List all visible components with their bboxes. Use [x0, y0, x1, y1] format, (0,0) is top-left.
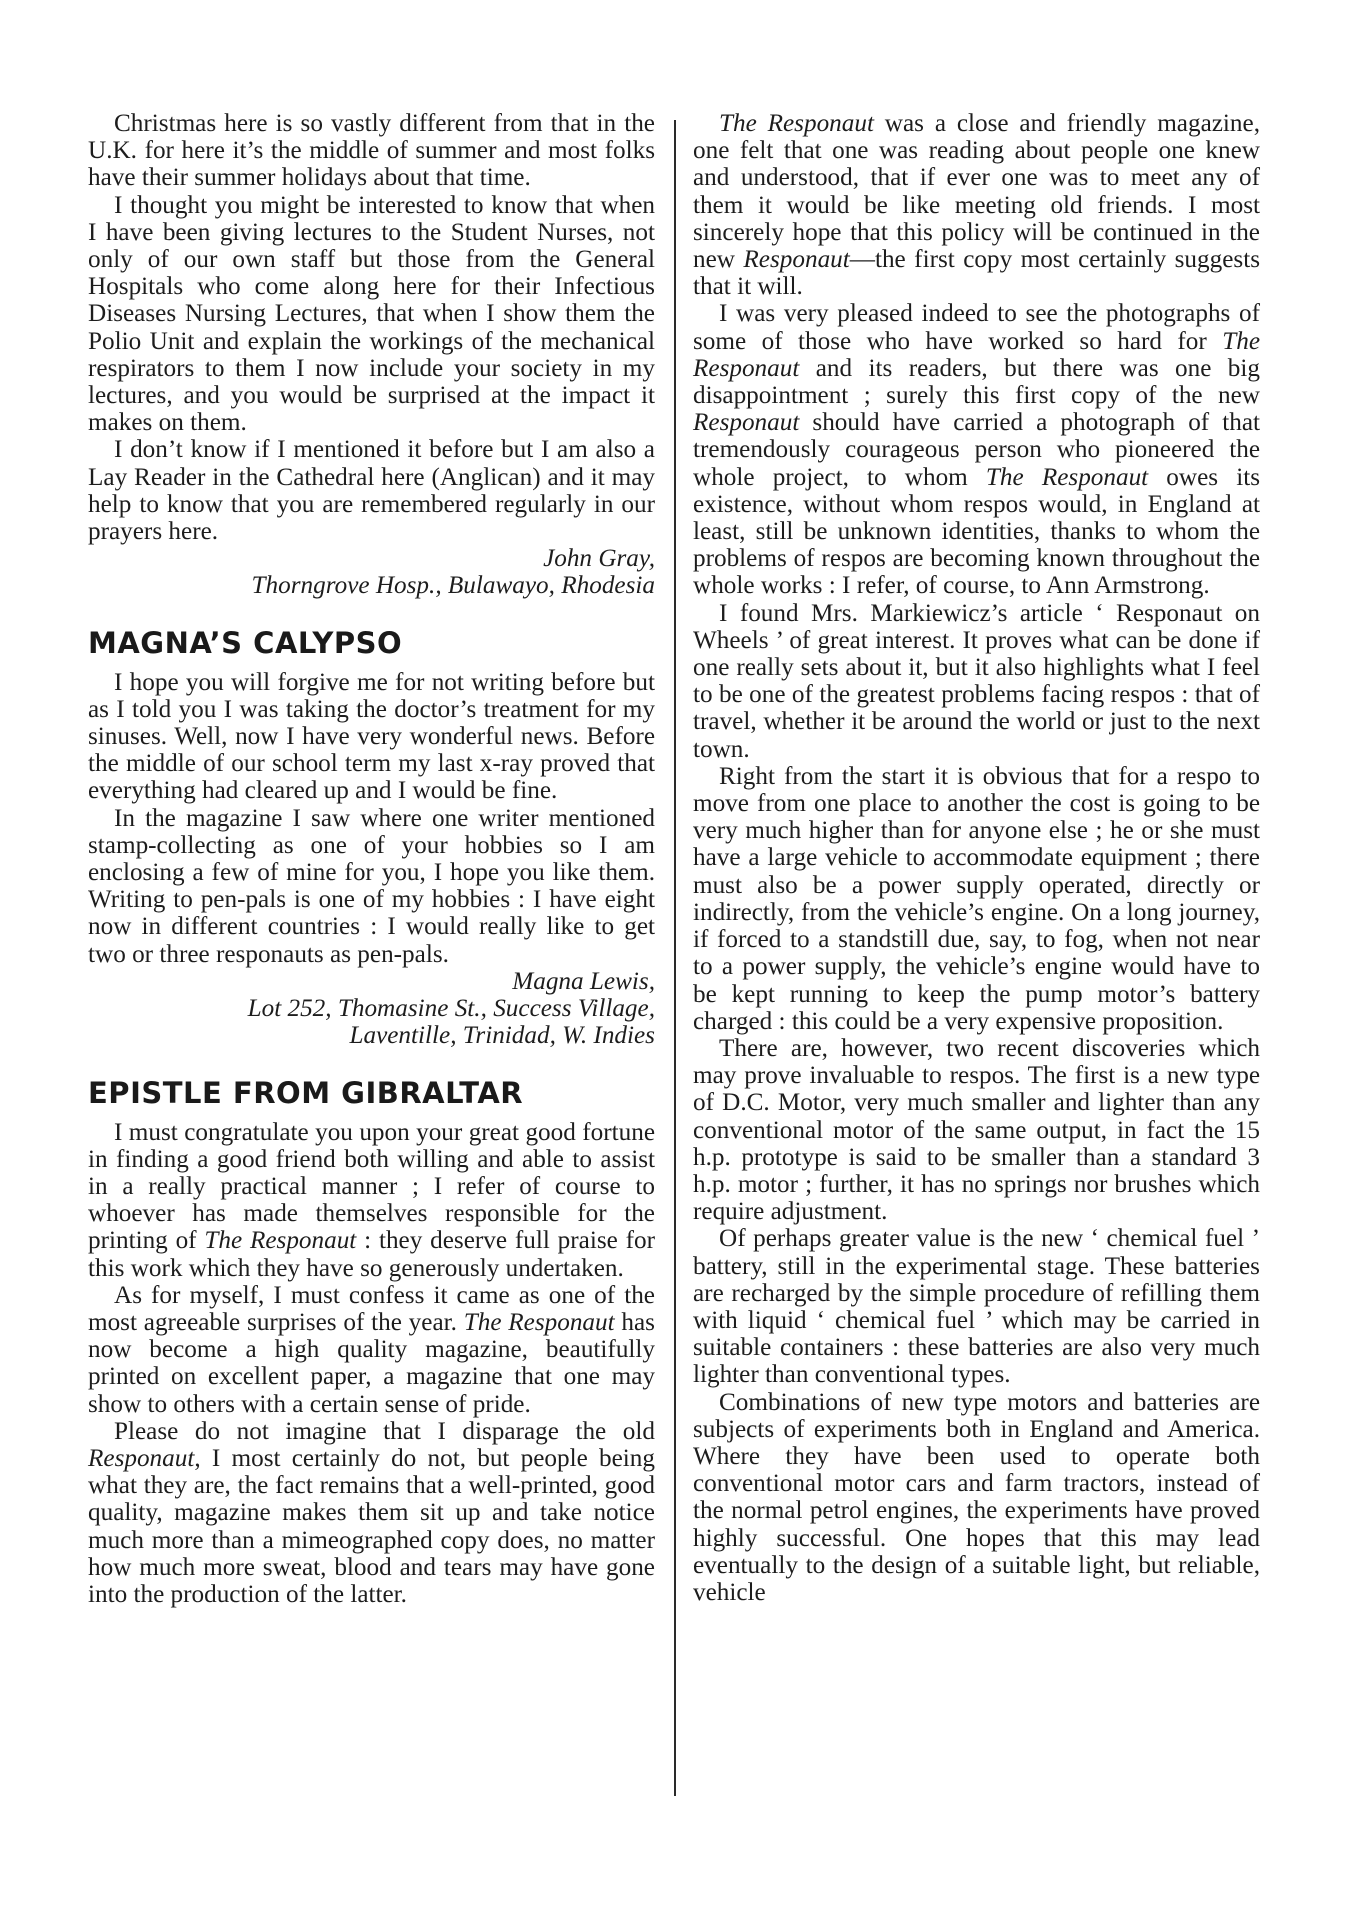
paragraph: There are, however, two recent discoveri…: [693, 1035, 1260, 1225]
paragraph: I must congratulate you upon your great …: [88, 1119, 655, 1282]
paragraph: In the magazine I saw where one writer m…: [88, 805, 655, 968]
paragraph: I found Mrs. Markiewicz’s article ‘ Resp…: [693, 600, 1260, 763]
magazine-page: Christmas here is so vastly different fr…: [0, 0, 1348, 1920]
paragraph: Of perhaps greater value is the new ‘ ch…: [693, 1225, 1260, 1388]
publication-title: The Responaut: [986, 464, 1148, 491]
signature-block: John Gray, Thorngrove Hosp., Bulawayo, R…: [88, 545, 655, 599]
publication-title: Responaut: [743, 246, 849, 273]
paragraph: Right from the start it is obvious that …: [693, 763, 1260, 1035]
section-heading: MAGNA’S CALYPSO: [88, 627, 655, 659]
paragraph: Please do not imagine that I disparage t…: [88, 1418, 655, 1608]
section-magnas-calypso: MAGNA’S CALYPSO I hope you will forgive …: [88, 627, 655, 1050]
paragraph: Christmas here is so vastly different fr…: [88, 110, 655, 192]
paragraph: I hope you will forgive me for not writi…: [88, 669, 655, 805]
paragraph: Combinations of new type motors and bat­…: [693, 1389, 1260, 1607]
signature-block: Magna Lewis, Lot 252, Thomasine St., Suc…: [88, 968, 655, 1050]
letter-john-gray: Christmas here is so vastly different fr…: [88, 110, 655, 600]
publication-title: Responaut: [88, 1445, 194, 1472]
publication-title: Responaut: [693, 409, 799, 436]
paragraph: As for myself, I must confess it came as…: [88, 1282, 655, 1418]
paragraph: I don’t know if I mentioned it before bu…: [88, 436, 655, 545]
paragraph: I was very pleased indeed to see the pho…: [693, 300, 1260, 599]
right-column: The Responaut was a close and friendly m…: [693, 110, 1260, 1606]
paragraph: The Responaut was a close and friendly m…: [693, 110, 1260, 300]
paragraph: I thought you might be interested to kno…: [88, 192, 655, 437]
signature-address: Thorngrove Hosp., Bulawayo, Rhodesia: [88, 572, 655, 599]
left-column: Christmas here is so vastly different fr…: [88, 110, 655, 1608]
signature-address-line1: Lot 252, Thomasine St., Success Village,: [88, 995, 655, 1022]
text-run: I was very pleased indeed to see the pho…: [693, 300, 1260, 354]
publication-title: The Responaut: [464, 1309, 615, 1336]
signature-address-line2: Laventille, Trinidad, W. Indies: [88, 1022, 655, 1049]
signature-name: Magna Lewis,: [88, 968, 655, 995]
publication-title: The Responaut: [204, 1227, 356, 1254]
publication-title: The Responaut: [719, 110, 874, 137]
signature-name: John Gray,: [88, 545, 655, 572]
section-heading: EPISTLE FROM GIBRALTAR: [88, 1077, 655, 1109]
column-divider: [674, 120, 676, 1796]
text-run: Please do not imagine that I disparage t…: [114, 1418, 655, 1445]
section-epistle-from-gibraltar: EPISTLE FROM GIBRALTAR I must congratula…: [88, 1077, 655, 1609]
